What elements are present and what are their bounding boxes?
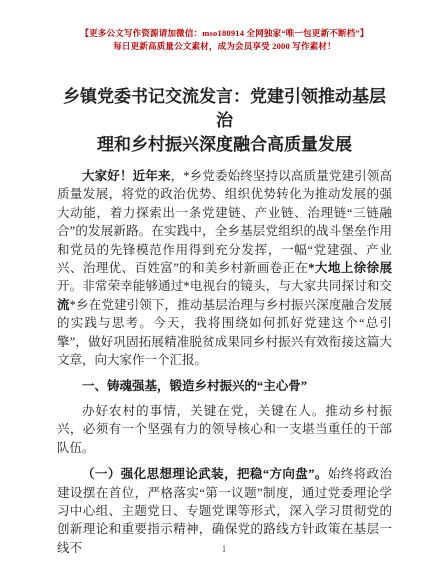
bold-text-run: 大家好！近年来 [82, 169, 171, 183]
text-run: 办好农村的事情，关键在党，关键在人。推动乡村振兴，必须有一个坚强有力的领导核心和… [57, 404, 392, 455]
bold-text-run: （一）强化思想理论武装，把稳“方向盘”。 [82, 467, 328, 481]
title-line-1: 乡镇党委书记交流发言：党建引领推动基层治 [57, 85, 392, 133]
page-number: 1 [0, 544, 448, 554]
bold-text-run: *大地上徐徐展 [308, 261, 392, 275]
text-run: ，*乡党委始终坚持以高质量党建引领高质量发展，将党的政治优势、组织优势转化为推动… [57, 169, 392, 275]
body-paragraph: 办好农村的事情，关键在党，关键在人。推动乡村振兴，必须有一个坚强有力的领导核心和… [57, 402, 392, 457]
promo-line-2: 每日更新高质量公文素材，成为会员享受 2000 写作素材！ [57, 40, 392, 53]
body-paragraph: 大家好！近年来，*乡党委始终坚持以高质量党建引领高质量发展，将党的政治优势、组织… [57, 167, 392, 369]
section-heading: 一、铸魂强基，锻造乡村振兴的“主心骨” [57, 377, 392, 395]
document-title: 乡镇党委书记交流发言：党建引领推动基层治 理和乡村振兴深度融合高质量发展 [57, 85, 392, 157]
text-run: 开。非常荣幸能够通过*电视台的镜头，与大家共同探讨和交 [57, 279, 392, 293]
bold-text-run: 一、铸魂强基，锻造乡村振兴的“主心骨” [82, 379, 307, 393]
promo-line-1: 【更多公文写作资源请加微信：mso180914 全网独家“唯一包更新不断档”】 [57, 27, 392, 40]
text-run: *乡在党建引领下，推动基层治理与乡村振兴深度融合发展的实践与思考。今天，我将围绕… [57, 298, 392, 367]
document-page: 【更多公文写作资源请加微信：mso180914 全网独家“唯一包更新不断档”】 … [0, 0, 448, 580]
promo-watermark: 【更多公文写作资源请加微信：mso180914 全网独家“唯一包更新不断档”】 … [57, 0, 392, 52]
title-line-2: 理和乡村振兴深度融合高质量发展 [57, 133, 392, 157]
bold-text-run: 流 [57, 298, 70, 312]
document-body: 大家好！近年来，*乡党委始终坚持以高质量党建引领高质量发展，将党的政治优势、组织… [57, 167, 392, 557]
